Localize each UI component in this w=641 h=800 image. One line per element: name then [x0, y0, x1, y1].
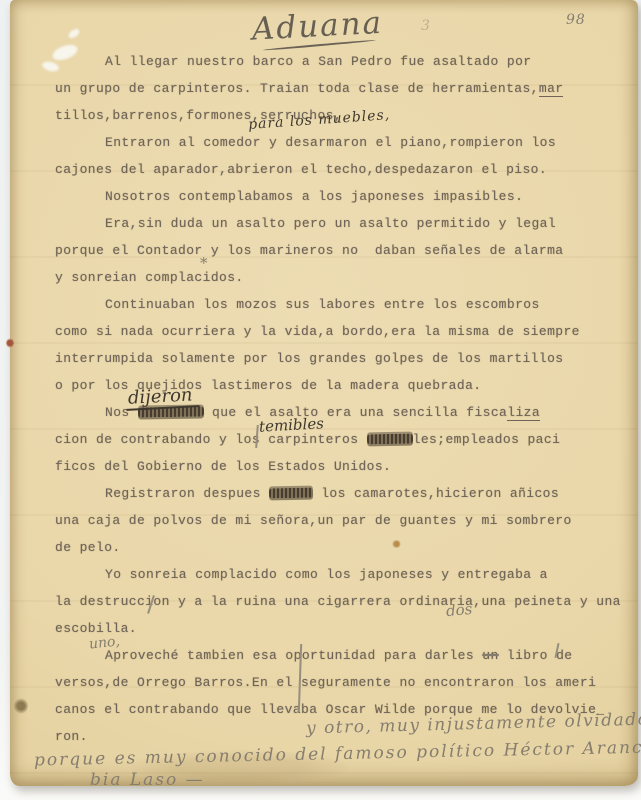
typed-segment: mar	[539, 81, 564, 97]
typed-line: de pelo.	[55, 534, 621, 561]
typed-line: cajones del aparador,abrieron el techo,d…	[55, 156, 621, 183]
typed-line: una caja de polvos de mi señora,un par d…	[55, 507, 621, 534]
typed-segment: versos,de Orrego Barros.En el segurament…	[55, 675, 596, 690]
typed-segment: Aproveché tambien esa oportunidad para d…	[105, 648, 482, 663]
typed-line: Aproveché tambien esa oportunidad para d…	[55, 642, 621, 669]
typed-segment: de pelo.	[55, 540, 121, 555]
ins-uno: uno,	[88, 633, 120, 652]
title-mark: 3	[421, 18, 430, 34]
typed-segment: o por los quejidos lastimeros de la made…	[55, 378, 481, 393]
typed-line: Continuaban los mozos sus labores entre …	[55, 291, 621, 318]
typed-segment: Entraron al comedor y desarmaron el pian…	[105, 135, 556, 150]
typed-segment: un grupo de carpinteros. Traian toda cla…	[55, 81, 539, 96]
typed-segment: liza	[507, 405, 540, 421]
typed-segment: que el asalto era una sencilla fisca	[204, 405, 507, 420]
typed-line: y sonreian complacidos.	[55, 264, 621, 291]
scratched-out-word	[367, 434, 413, 445]
paper-stain	[6, 338, 14, 348]
paper-damage-spot	[67, 27, 81, 40]
typed-line: escobilla.	[55, 615, 621, 642]
typed-line: porque el Contador y los marineros no da…	[55, 237, 621, 264]
handwritten-title: Aduana	[245, 4, 398, 51]
scratched-out-word	[269, 488, 313, 499]
typed-segment: Nosotros contemplabamos a los japoneses …	[105, 189, 523, 204]
typed-line: Entraron al comedor y desarmaron el pian…	[55, 129, 621, 156]
typed-line: cion de contrabando y los carpinteros le…	[55, 426, 621, 453]
typed-segment: un	[482, 648, 498, 663]
typed-line: ficos del Gobierno de los Estados Unidos…	[55, 453, 621, 480]
ins-dos: dos	[445, 600, 473, 620]
typed-line: como si nada ocurriera y la vida,a bordo…	[55, 318, 621, 345]
typed-line: Nosotros contemplabamos a los japoneses …	[55, 183, 621, 210]
typed-line: Era,sin duda un asalto pero un asalto pe…	[55, 210, 621, 237]
typed-segment: Registraron despues	[105, 486, 269, 501]
typed-segment: y sonreian complacidos.	[55, 270, 244, 285]
typed-segment: ficos del Gobierno de los Estados Unidos…	[55, 459, 391, 474]
typed-segment: Yo sonreia complacido como los japoneses…	[105, 567, 548, 582]
typed-segment: interrumpida solamente por los grandes g…	[55, 351, 563, 366]
typed-segment: cion de contrabando y los carpinteros	[55, 432, 367, 447]
typed-line: versos,de Orrego Barros.En el segurament…	[55, 669, 621, 696]
typed-line: Al llegar nuestro barco a San Pedro fue …	[55, 48, 621, 75]
typed-line: Registraron despues los camarotes,hicier…	[55, 480, 621, 507]
typed-segment: una caja de polvos de mi señora,un par d…	[55, 513, 572, 528]
paper-stain	[14, 698, 28, 714]
typed-segment: los camarotes,hicieron añicos	[313, 486, 559, 501]
typed-segment: ron.	[55, 729, 88, 744]
typed-segment: porque el Contador y los marineros no da…	[55, 243, 563, 258]
typed-segment: cajones del aparador,abrieron el techo,d…	[55, 162, 547, 177]
typed-segment: como si nada ocurriera y la vida,a bordo…	[55, 324, 580, 339]
page-number: 98	[566, 12, 586, 28]
ins-temibles: temibles	[259, 414, 325, 435]
pencil-footer-3: bia Laso —	[90, 770, 205, 790]
ins-dijeron: dijeron	[125, 384, 199, 411]
typed-segment: Continuaban los mozos sus labores entre …	[105, 297, 540, 312]
typed-segment: libro de	[499, 648, 573, 663]
typed-line: interrumpida solamente por los grandes g…	[55, 345, 621, 372]
typed-line: un grupo de carpinteros. Traian toda cla…	[55, 75, 621, 102]
typed-segment: Al llegar nuestro barco a San Pedro fue …	[105, 54, 531, 69]
typed-line: Yo sonreia complacido como los japoneses…	[55, 561, 621, 588]
asterisk-mark: *	[200, 254, 208, 272]
typed-segment: la destruccion y a la ruina una cigarrer…	[55, 594, 621, 609]
typed-segment: escobilla.	[55, 621, 137, 636]
typed-line: la destruccion y a la ruina una cigarrer…	[55, 588, 621, 615]
typed-segment: les;empleados paci	[413, 432, 561, 447]
typed-segment: Era,sin duda un asalto pero un asalto pe…	[105, 216, 556, 231]
